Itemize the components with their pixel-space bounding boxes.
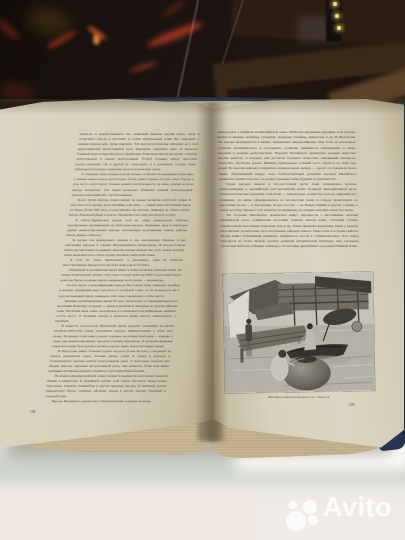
- avito-watermark-label: Avito: [323, 492, 392, 523]
- paragraph: Обширный и разомкнутый ареал имеет в Ази…: [60, 268, 182, 283]
- paragraph: В Индостане живет большая группа народов…: [48, 349, 171, 374]
- paragraph: На островах Малайского архипелага живут …: [220, 213, 359, 249]
- avito-watermark: Avito: [285, 492, 405, 534]
- left-page-number: 108: [30, 410, 35, 414]
- paragraph: Особое место в классификации народов Вос…: [58, 283, 180, 298]
- paragraph: К группе таи принадлежат сиамцы и лао, н…: [63, 238, 186, 258]
- paragraph: В пределах полуострова Индокитай, кроме …: [51, 324, 174, 349]
- paragraph: К тибето-бирманской группе этой же семьи…: [66, 218, 189, 238]
- paragraph: Народы Малайского архипелага и Филиппинс…: [44, 399, 165, 404]
- open-book: кактусов и выработавшийся как защитный п…: [0, 0, 405, 540]
- right-page-text: принадлежат к малайско-полинезийской сем…: [217, 130, 360, 272]
- paragraph: Среди народов южной и юго-восточной част…: [219, 182, 358, 213]
- paragraph: кактусов и выработавшийся как защитный п…: [75, 132, 200, 172]
- paragraph: На языках индоевропейской семьи говорит …: [45, 374, 168, 399]
- paragraph: У северных монголоидов перечисленные осо…: [71, 172, 194, 197]
- paragraph: Японцы, насчитывающие свыше 95 млн., про…: [55, 299, 178, 324]
- right-page-number: 109: [349, 403, 354, 407]
- paragraph: К этой же семье принадлежат и вьетнамцы,…: [62, 258, 183, 268]
- avito-logo-icon: [285, 497, 321, 533]
- paragraph: Более трети народов Азии говорит на язык…: [69, 198, 192, 218]
- paragraph: принадлежат к малайско-полинезийской сем…: [217, 130, 357, 182]
- photo-scene: кактусов и выработавшийся как защитный п…: [0, 0, 405, 540]
- photo-halftone-grain: [223, 272, 375, 394]
- photo-caption: Жилища и жители предместья г. Бангкок: [224, 395, 374, 399]
- book-gutter-shadow: [196, 102, 228, 442]
